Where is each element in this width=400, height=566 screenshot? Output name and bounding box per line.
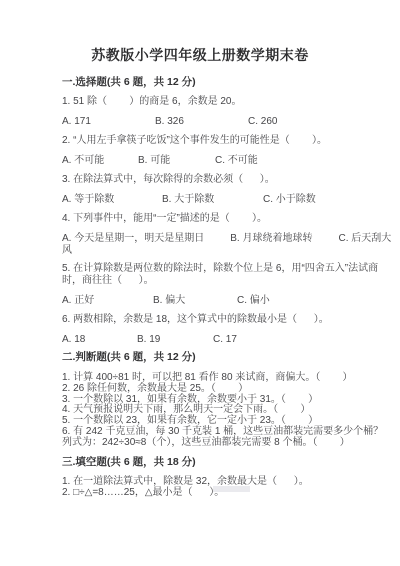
question-text: 3. 在除法算式中，每次除得的余数必须（ ）。 (62, 174, 392, 186)
page-title: 苏教版小学四年级上册数学期末卷 (0, 46, 400, 64)
option-item: B. 偏大 (153, 295, 237, 307)
option-item: A. 今天是星期一，明天是星期日 (62, 233, 204, 244)
exam-paper: 苏教版小学四年级上册数学期末卷 一.选择题(共 6 题，共 12 分)1. 51… (0, 0, 400, 566)
option-item: B. 大于除数 (162, 194, 263, 206)
option-item: A. 18 (62, 334, 137, 346)
question-text: 1. 51 除（ ）的商是 6，余数是 20。 (62, 96, 392, 108)
option-item: A. 等于除数 (62, 194, 162, 206)
option-item: C. 小于除数 (263, 194, 316, 206)
section-heading-judge: 二.判断题(共 6 题，共 12 分) (62, 351, 392, 364)
option-item: C. 17 (213, 334, 237, 346)
option-item: A. 正好 (62, 295, 153, 307)
options-row: A. 等于除数B. 大于除数C. 小于除数 (62, 194, 392, 206)
question-text: 6. 两数相除，余数是 18，这个算式中的除数最小是（ ）。 (62, 314, 392, 326)
option-item: C. 偏小 (237, 295, 270, 307)
options-row: A. 171B. 326C. 260 (62, 116, 392, 128)
option-item: C. 不可能 (215, 155, 258, 167)
scan-artifact (213, 486, 250, 492)
question-text: 4. 下列事件中，能用“一定”描述的是（ ）。 (62, 213, 392, 225)
question-text: 6. 有 242 千克豆油，每 30 千克装 1 桶，这些豆油都装完需要多少个桶… (62, 427, 392, 449)
section-choice: 一.选择题(共 6 题，共 12 分)1. 51 除（ ）的商是 6，余数是 2… (62, 76, 392, 346)
options-row: A. 正好B. 偏大C. 偏小 (62, 295, 392, 307)
section-fill: 三.填空题(共 6 题，共 18 分)1. 在一道除法算式中，除数是 32，余数… (62, 456, 392, 499)
section-heading-choice: 一.选择题(共 6 题，共 12 分) (62, 76, 392, 89)
option-item: B. 19 (137, 334, 213, 346)
section-heading-fill: 三.填空题(共 6 题，共 18 分) (62, 456, 392, 469)
question-text: 2. “人用左手拿筷子吃饭”这个事件发生的可能性是（ ）。 (62, 135, 392, 147)
section-judge: 二.判断题(共 6 题，共 12 分)1. 计算 400÷81 时，可以把 81… (62, 351, 392, 449)
options-row: A. 今天是星期一，明天是星期日B. 月球绕着地球转C. 后天刮大风 (62, 233, 392, 256)
exam-content: 一.选择题(共 6 题，共 12 分)1. 51 除（ ）的商是 6，余数是 2… (62, 76, 392, 499)
option-item: A. 171 (62, 116, 155, 128)
option-item: B. 可能 (138, 155, 215, 167)
question-text: 5. 在计算除数是两位数的除法时，除数个位上是 6，用“四舍五入”法试商时，商往… (62, 263, 392, 287)
option-item: B. 月球绕着地球转 (230, 233, 312, 244)
options-row: A. 18B. 19C. 17 (62, 334, 392, 346)
question-text: 2. 26 除任何数，余数最大是 25。（ ） (62, 384, 392, 395)
option-item: A. 不可能 (62, 155, 138, 167)
options-row: A. 不可能B. 可能C. 不可能 (62, 155, 392, 167)
option-item: C. 260 (248, 116, 277, 128)
option-item: B. 326 (155, 116, 248, 128)
